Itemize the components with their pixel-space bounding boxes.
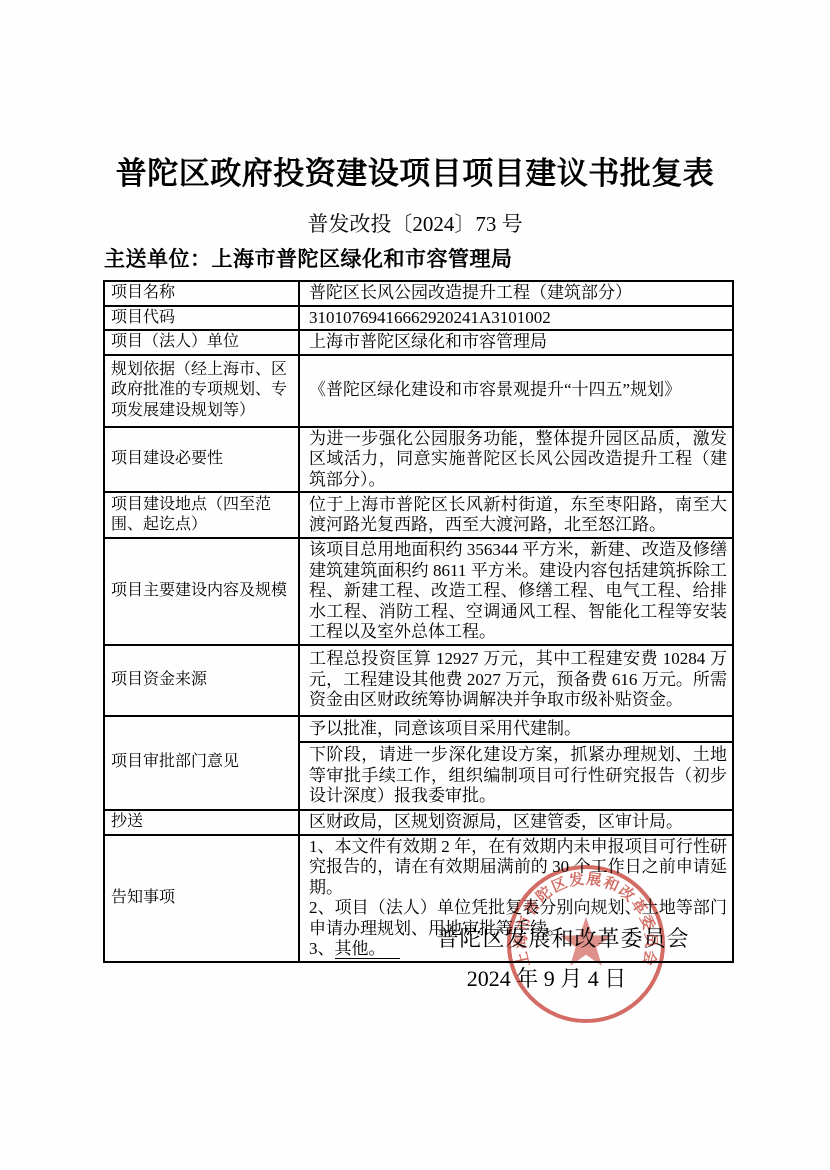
- document-page: 普陀区政府投资建设项目项目建议书批复表 普发改投〔2024〕73 号 主送单位：…: [0, 0, 830, 1170]
- row-value-project-code: 31010769416662920241A3101002: [299, 306, 733, 331]
- recipient-label: 主送单位：: [104, 247, 212, 271]
- table-row: 项目主要建设内容及规模 该项目总用地面积约 356344 平方米，新建、改造及修…: [104, 538, 733, 645]
- row-value-funding-source: 工程总投资匡算 12927 万元，其中工程建安费 10284 万元，工程建设其他…: [299, 645, 733, 716]
- table-row: 项目代码 31010769416662920241A3101002: [104, 306, 733, 331]
- row-value-planning-basis: 《普陀区绿化建设和市容景观提升“十四五”规划》: [299, 355, 733, 427]
- notice-item-3-prefix: 3、: [309, 939, 335, 958]
- row-label-content-scale: 项目主要建设内容及规模: [104, 538, 299, 645]
- row-value-location: 位于上海市普陀区长风新村街道，东至枣阳路，南至大渡河路光复西路，西至大渡河路，北…: [299, 492, 733, 538]
- row-value-necessity: 为进一步强化公园服务功能，整体提升园区品质，激发区域活力，同意实施普陀区长风公园…: [299, 427, 733, 493]
- table-row: 规划依据（经上海市、区政府批准的专项规划、专项发展建设规划等） 《普陀区绿化建设…: [104, 355, 733, 427]
- row-value-cc: 区财政局，区规划资源局，区建管委，区审计局。: [299, 810, 733, 835]
- doc-number: 普发改投〔2024〕73 号: [0, 208, 830, 238]
- row-label-location: 项目建设地点（四至范围、起讫点）: [104, 492, 299, 538]
- table-row: 项目资金来源 工程总投资匡算 12927 万元，其中工程建安费 10284 万元…: [104, 645, 733, 716]
- row-value-legal-entity: 上海市普陀区绿化和市容管理局: [299, 330, 733, 355]
- document-title: 普陀区政府投资建设项目项目建议书批复表: [0, 148, 830, 193]
- row-label-planning-basis: 规划依据（经上海市、区政府批准的专项规划、专项发展建设规划等）: [104, 355, 299, 427]
- notice-item-3-underlined-text: 其他。: [335, 939, 400, 959]
- row-value-approval-opinion: 予以批准，同意该项目采用代建制。 下阶段，请进一步深化建设方案，抓紧办理规划、土…: [299, 716, 733, 810]
- row-label-project-name: 项目名称: [104, 281, 299, 306]
- row-label-necessity: 项目建设必要性: [104, 427, 299, 493]
- row-label-legal-entity: 项目（法人）单位: [104, 330, 299, 355]
- issuer-name: 普陀区发展和改革委员会: [430, 922, 696, 953]
- approval-table: 项目名称 普陀区长风公园改造提升工程（建筑部分） 项目代码 3101076941…: [103, 280, 734, 963]
- table-row: 项目名称 普陀区长风公园改造提升工程（建筑部分）: [104, 281, 733, 306]
- approval-opinion-part-2: 下阶段，请进一步深化建设方案，抓紧办理规划、土地等审批手续工作，组织编制项目可行…: [300, 743, 732, 809]
- table-row: 抄送 区财政局，区规划资源局，区建管委，区审计局。: [104, 810, 733, 835]
- row-value-project-name: 普陀区长风公园改造提升工程（建筑部分）: [299, 281, 733, 306]
- table-row: 项目建设必要性 为进一步强化公园服务功能，整体提升园区品质，激发区域活力，同意实…: [104, 427, 733, 493]
- row-label-project-code: 项目代码: [104, 306, 299, 331]
- recipient-value: 上海市普陀区绿化和市容管理局: [212, 247, 513, 271]
- issue-date: 2024 年 9 月 4 日: [430, 962, 663, 993]
- approval-opinion-part-1: 予以批准，同意该项目采用代建制。: [300, 717, 732, 744]
- row-label-cc: 抄送: [104, 810, 299, 835]
- row-label-approval-opinion: 项目审批部门意见: [104, 716, 299, 810]
- table-row: 项目审批部门意见 予以批准，同意该项目采用代建制。 下阶段，请进一步深化建设方案…: [104, 716, 733, 810]
- recipient-line: 主送单位：上海市普陀区绿化和市容管理局: [104, 243, 513, 273]
- row-value-content-scale: 该项目总用地面积约 356344 平方米，新建、改造及修缮建筑建筑面积约 861…: [299, 538, 733, 645]
- row-label-notices: 告知事项: [104, 835, 299, 962]
- row-label-funding-source: 项目资金来源: [104, 645, 299, 716]
- table-row: 项目（法人）单位 上海市普陀区绿化和市容管理局: [104, 330, 733, 355]
- notice-item-1: 1、本文件有效期 2 年，在有效期内未申报项目可行性研究报告的，请在有效期届满前…: [309, 837, 727, 899]
- table-row: 项目建设地点（四至范围、起讫点） 位于上海市普陀区长风新村街道，东至枣阳路，南至…: [104, 492, 733, 538]
